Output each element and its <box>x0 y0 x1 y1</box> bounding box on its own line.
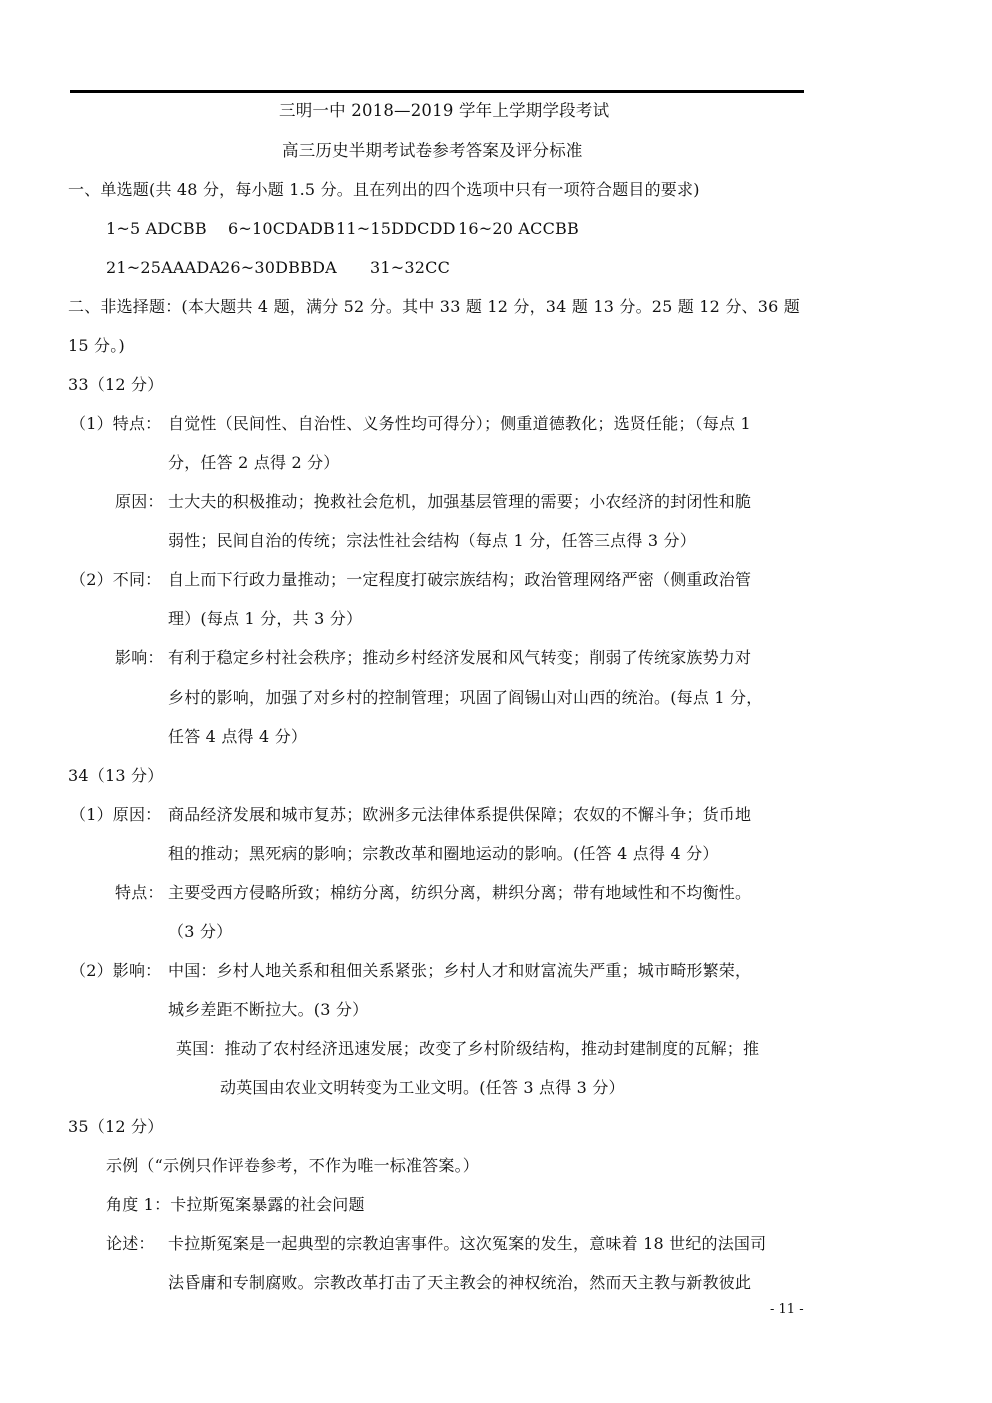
q33-part1b-text-cont: 弱性；民间自治的传统；宗法性社会结构（每点 1 分，任答三点得 3 分） <box>168 531 696 551</box>
answer-group: 1~5 ADCBB <box>106 219 207 239</box>
q33-part2-text: 自上而下行政力量推动；一定程度打破宗族结构；政治管理网络严密（侧重政治管 <box>168 570 751 590</box>
q34-part1b-text-cont: （3 分） <box>168 922 232 942</box>
q35-angle: 角度 1：卡拉斯冤案暴露的社会问题 <box>106 1195 365 1215</box>
q33-part2b-text: 有利于稳定乡村社会秩序；推动乡村经济发展和风气转变；削弱了传统家族势力对 <box>168 648 751 668</box>
question-34-title: 34（13 分） <box>68 766 163 786</box>
answer-group: 6~10CDADB <box>228 219 335 239</box>
answer-group: 16~20 ACCBB <box>458 219 579 239</box>
q35-discussion-text: 卡拉斯冤案是一起典型的宗教迫害事件。这次冤案的发生，意味着 18 世纪的法国司 <box>168 1234 766 1254</box>
section2-heading: 二、非选择题：(本大题共 4 题，满分 52 分。其中 33 题 12 分，34… <box>68 297 800 317</box>
section1-heading: 一、单选题(共 48 分，每小题 1.5 分。且在列出的四个选项中只有一项符合题… <box>68 180 700 200</box>
q35-note: 示例（“示例只作评卷参考，不作为唯一标准答案。） <box>106 1156 479 1176</box>
document-subtitle: 高三历史半期考试卷参考答案及评分标准 <box>282 141 583 161</box>
question-33-title: 33（12 分） <box>68 375 163 395</box>
answer-group: 26~30DBBDA <box>220 258 337 278</box>
q34-part2-text-cont: 城乡差距不断拉大。(3 分） <box>168 1000 368 1020</box>
header-rule <box>70 90 804 93</box>
q35-discussion-text-cont: 法昏庸和专制腐败。宗教改革打击了天主教会的神权统治，然而天主教与新教彼此 <box>168 1273 751 1293</box>
document-title: 三明一中 2018—2019 学年上学期学段考试 <box>279 101 609 121</box>
q33-part1-text: 自觉性（民间性、自治性、义务性均可得分）；侧重道德教化；选贤任能；（每点 1 <box>168 414 751 434</box>
q33-part2-label: （2）不同： <box>70 570 161 590</box>
q34-part1-label: （1）原因： <box>70 805 161 825</box>
q33-part2b-label: 影响： <box>115 648 164 668</box>
q35-discussion-label: 论述： <box>106 1234 155 1254</box>
q34-part1-text: 商品经济发展和城市复苏；欧洲多元法律体系提供保障；农奴的不懈斗争；货币地 <box>168 805 751 825</box>
question-35-title: 35（12 分） <box>68 1117 163 1137</box>
answer-group: 21~25AAADA <box>106 258 221 278</box>
q34-part2b-text: 英国：推动了农村经济迅速发展；改变了乡村阶级结构，推动封建制度的瓦解；推 <box>176 1039 759 1059</box>
q33-part2-text-cont: 理）(每点 1 分，共 3 分） <box>168 609 362 629</box>
q34-part1-text-cont: 租的推动；黑死病的影响；宗教改革和圈地运动的影响。(任答 4 点得 4 分） <box>168 844 719 864</box>
q34-part2-label: （2）影响： <box>70 961 161 981</box>
q33-part1-text-cont: 分，任答 2 点得 2 分） <box>168 453 340 473</box>
q34-part1b-label: 特点： <box>115 883 164 903</box>
q33-part1b-text: 士大夫的积极推动；挽救社会危机，加强基层管理的需要；小农经济的封闭性和脆 <box>168 492 751 512</box>
q33-part1-label: （1）特点： <box>70 414 161 434</box>
q34-part2b-text-cont: 动英国由农业文明转变为工业文明。(任答 3 点得 3 分） <box>220 1078 625 1098</box>
q34-part1b-text: 主要受西方侵略所致；棉纺分离，纺织分离，耕织分离；带有地域性和不均衡性。 <box>168 883 751 903</box>
answer-group: 11~15DDCDD <box>336 219 456 239</box>
q33-part2b-text-cont2: 任答 4 点得 4 分） <box>168 727 307 747</box>
page-number: - 11 - <box>770 1302 804 1317</box>
q33-part1b-label: 原因： <box>115 492 164 512</box>
answer-group: 31~32CC <box>370 258 450 278</box>
section2-heading-cont: 15 分。) <box>68 336 125 356</box>
q33-part2b-text-cont: 乡村的影响，加强了对乡村的控制管理；巩固了阎锡山对山西的统治。(每点 1 分， <box>168 688 762 708</box>
q34-part2-text: 中国：乡村人地关系和租佃关系紧张；乡村人才和财富流失严重；城市畸形繁荣， <box>168 961 751 981</box>
